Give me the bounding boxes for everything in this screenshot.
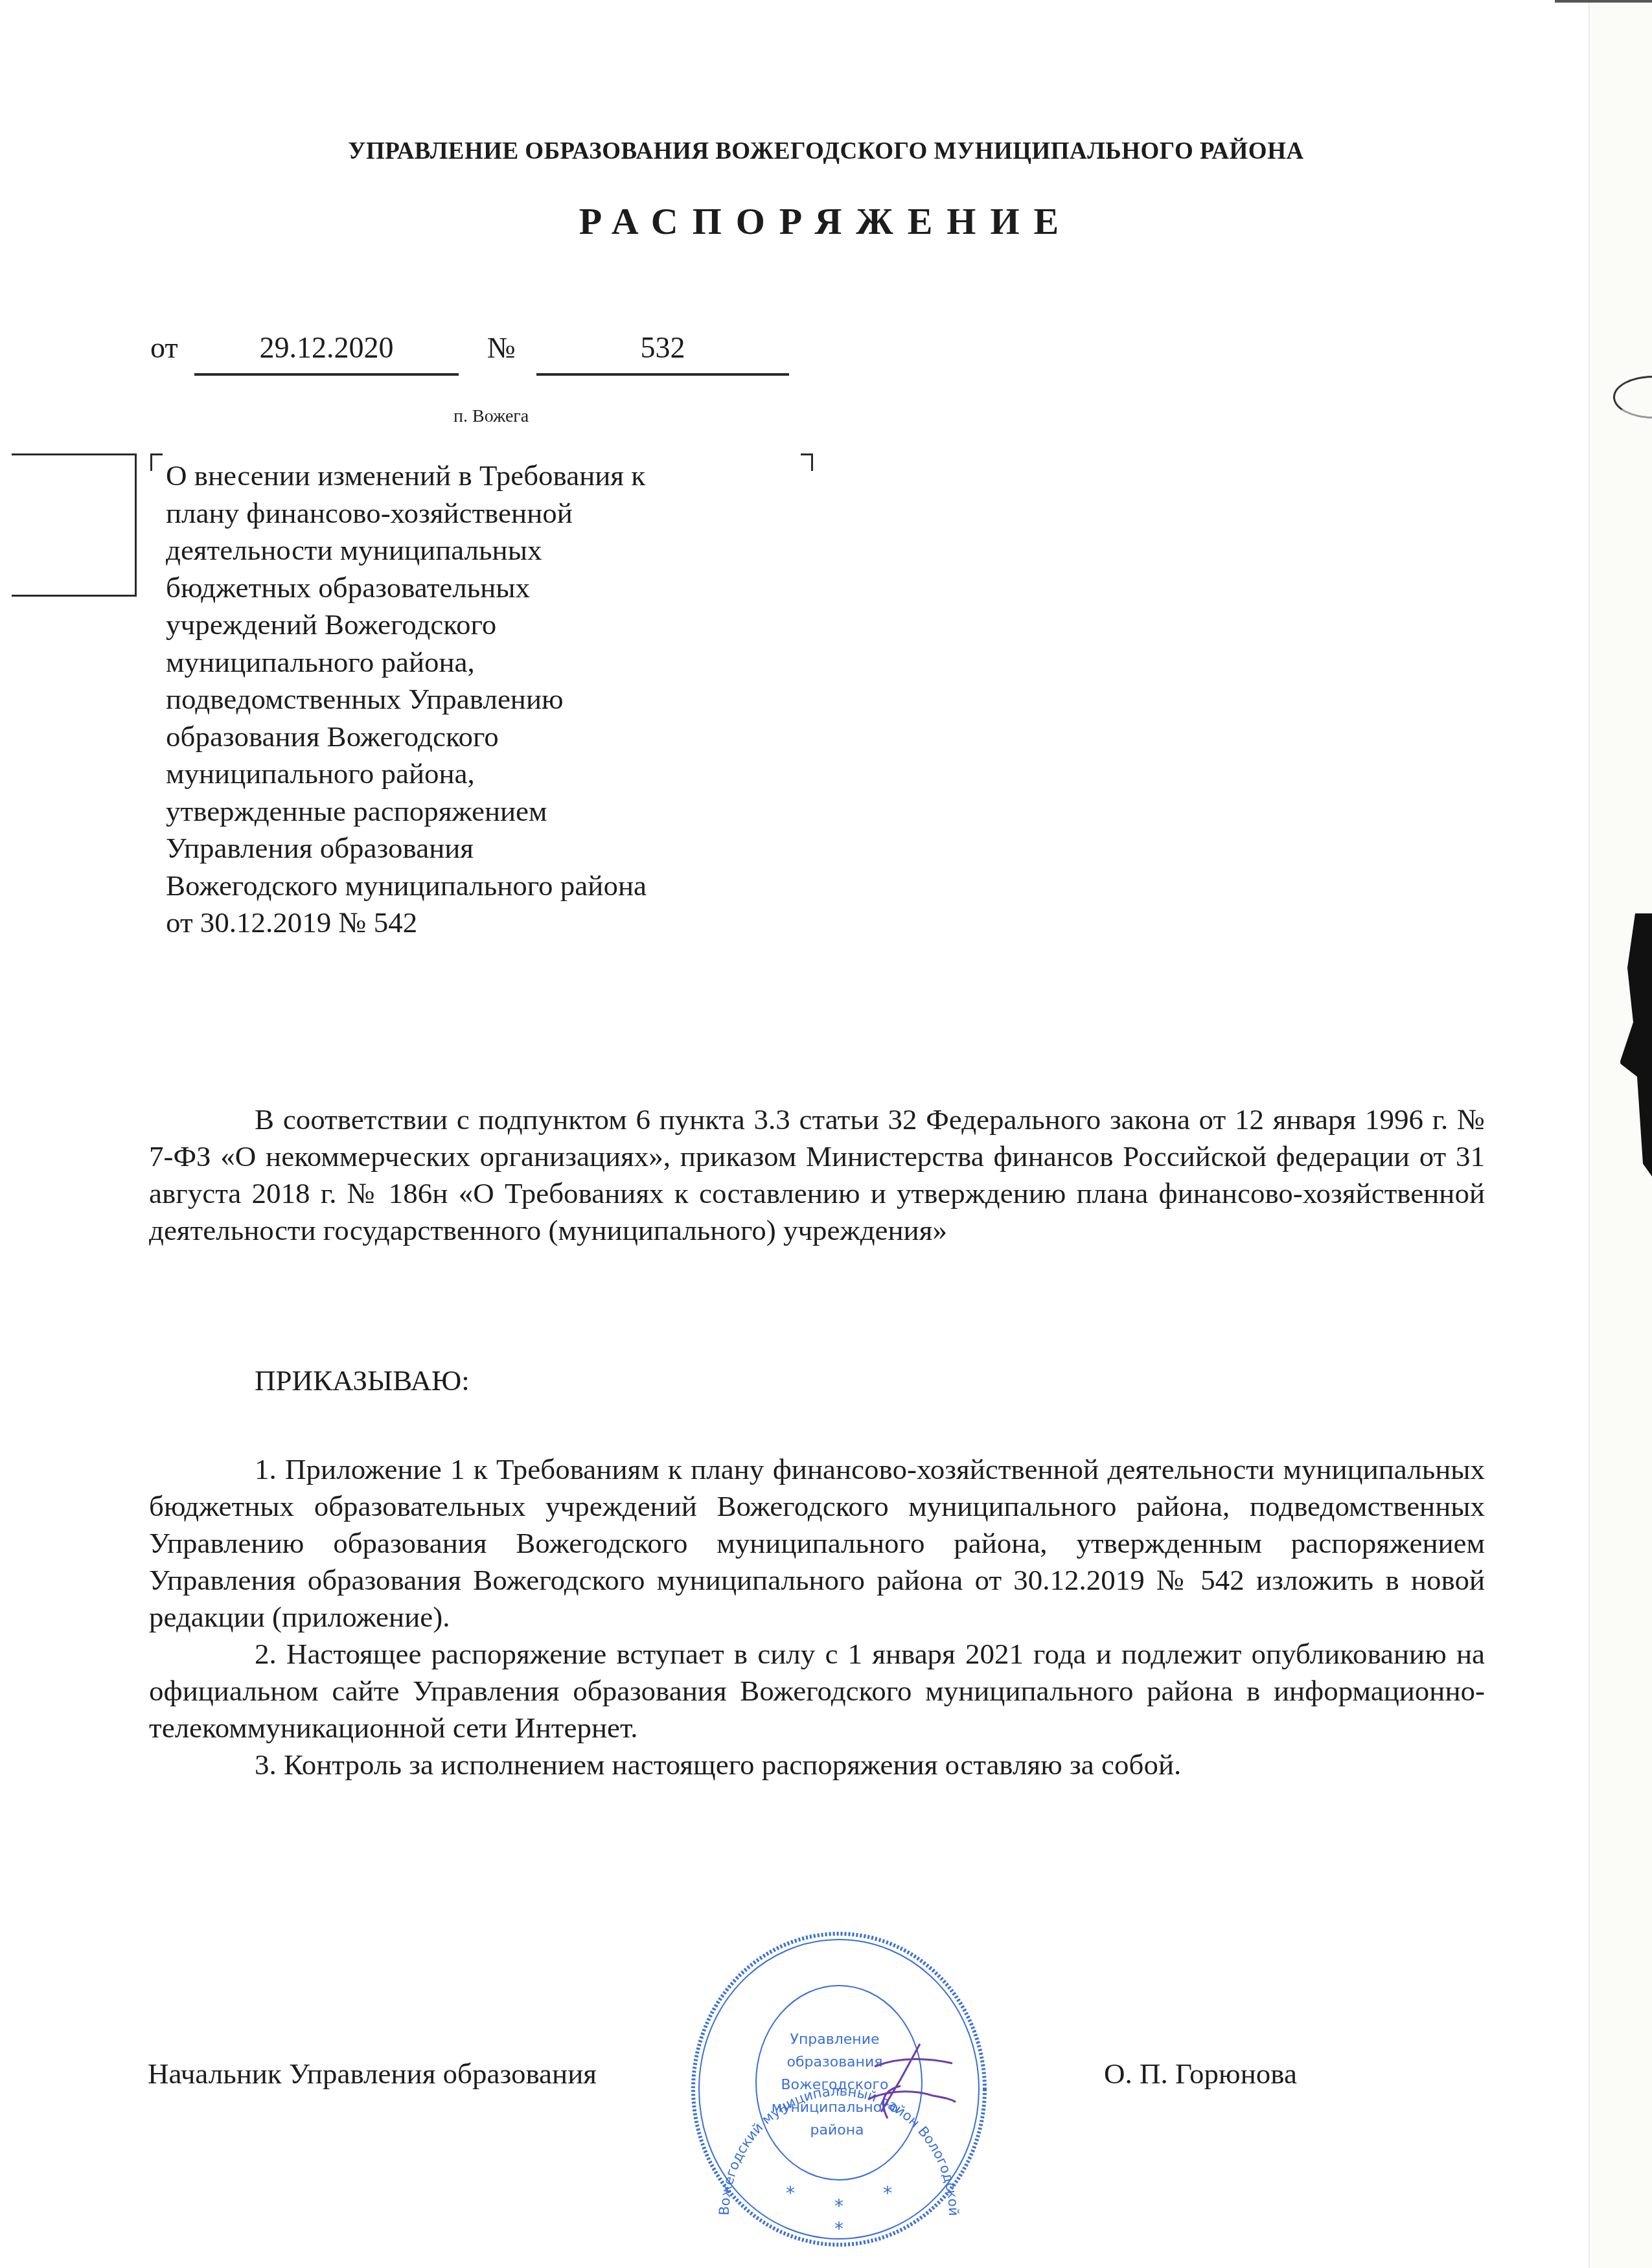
- agency-name: УПРАВЛЕНИЕ ОБРАЗОВАНИЯ ВОЖЕГОДСКОГО МУНИ…: [0, 137, 1652, 165]
- subject-line: образования Вожегодского: [166, 718, 814, 756]
- preamble-text: В соответствии с подпунктом 6 пункта 3.3…: [149, 1101, 1485, 1249]
- subject-line: муниципального района,: [166, 755, 814, 793]
- signer-position: Начальник Управления образования: [148, 2057, 597, 2090]
- order-item-2: 2. Настоящее распоряжение вступает в сил…: [149, 1636, 1485, 1747]
- handwritten-signature: [862, 2041, 959, 2125]
- margin-bracket: [12, 453, 137, 597]
- order-item-3: 3. Контроль за исполнением настоящего ра…: [149, 1747, 1485, 1783]
- svg-text:****: ****: [786, 2182, 892, 2239]
- date-prefix: от: [150, 330, 178, 365]
- subject-line: от 30.12.2019 № 542: [166, 904, 814, 942]
- preamble: В соответствии с подпунктом 6 пункта 3.3…: [149, 1101, 1485, 1249]
- subject-line: плану финансово-хозяйственной: [166, 495, 814, 533]
- number-sign: №: [487, 330, 516, 365]
- subject-line: О внесении изменений в Требования к: [166, 457, 814, 495]
- subject-line: муниципального района,: [166, 644, 814, 682]
- document-subject: О внесении изменений в Требования к план…: [166, 457, 814, 942]
- document-date: 29.12.2020: [194, 330, 459, 376]
- subject-line: учреждений Вожегодского: [166, 606, 814, 644]
- subject-line: деятельности муниципальных: [166, 532, 814, 569]
- document-number: 532: [536, 330, 789, 376]
- scan-edge-top: [1555, 0, 1652, 3]
- subject-line: Управления образования: [166, 830, 814, 867]
- order-items: 1. Приложение 1 к Требованиям к плану фи…: [149, 1451, 1485, 1783]
- subject-line: бюджетных образовательных: [166, 569, 814, 607]
- subject-line: Вожегодского муниципального района: [166, 867, 814, 905]
- subject-line: подведомственных Управлению: [166, 681, 814, 718]
- document-type-title: РАСПОРЯЖЕНИЕ: [0, 200, 1652, 243]
- subject-line: утвержденные распоряжением: [166, 793, 814, 830]
- order-word: ПРИКАЗЫВАЮ:: [255, 1364, 470, 1397]
- stamp-line: района: [810, 2122, 864, 2138]
- order-item-1: 1. Приложение 1 к Требованиям к плану фи…: [149, 1451, 1485, 1636]
- subject-corner-left: [150, 453, 163, 471]
- document-place: п. Вожега: [453, 406, 529, 427]
- signer-name: О. П. Горюнова: [1104, 2057, 1297, 2090]
